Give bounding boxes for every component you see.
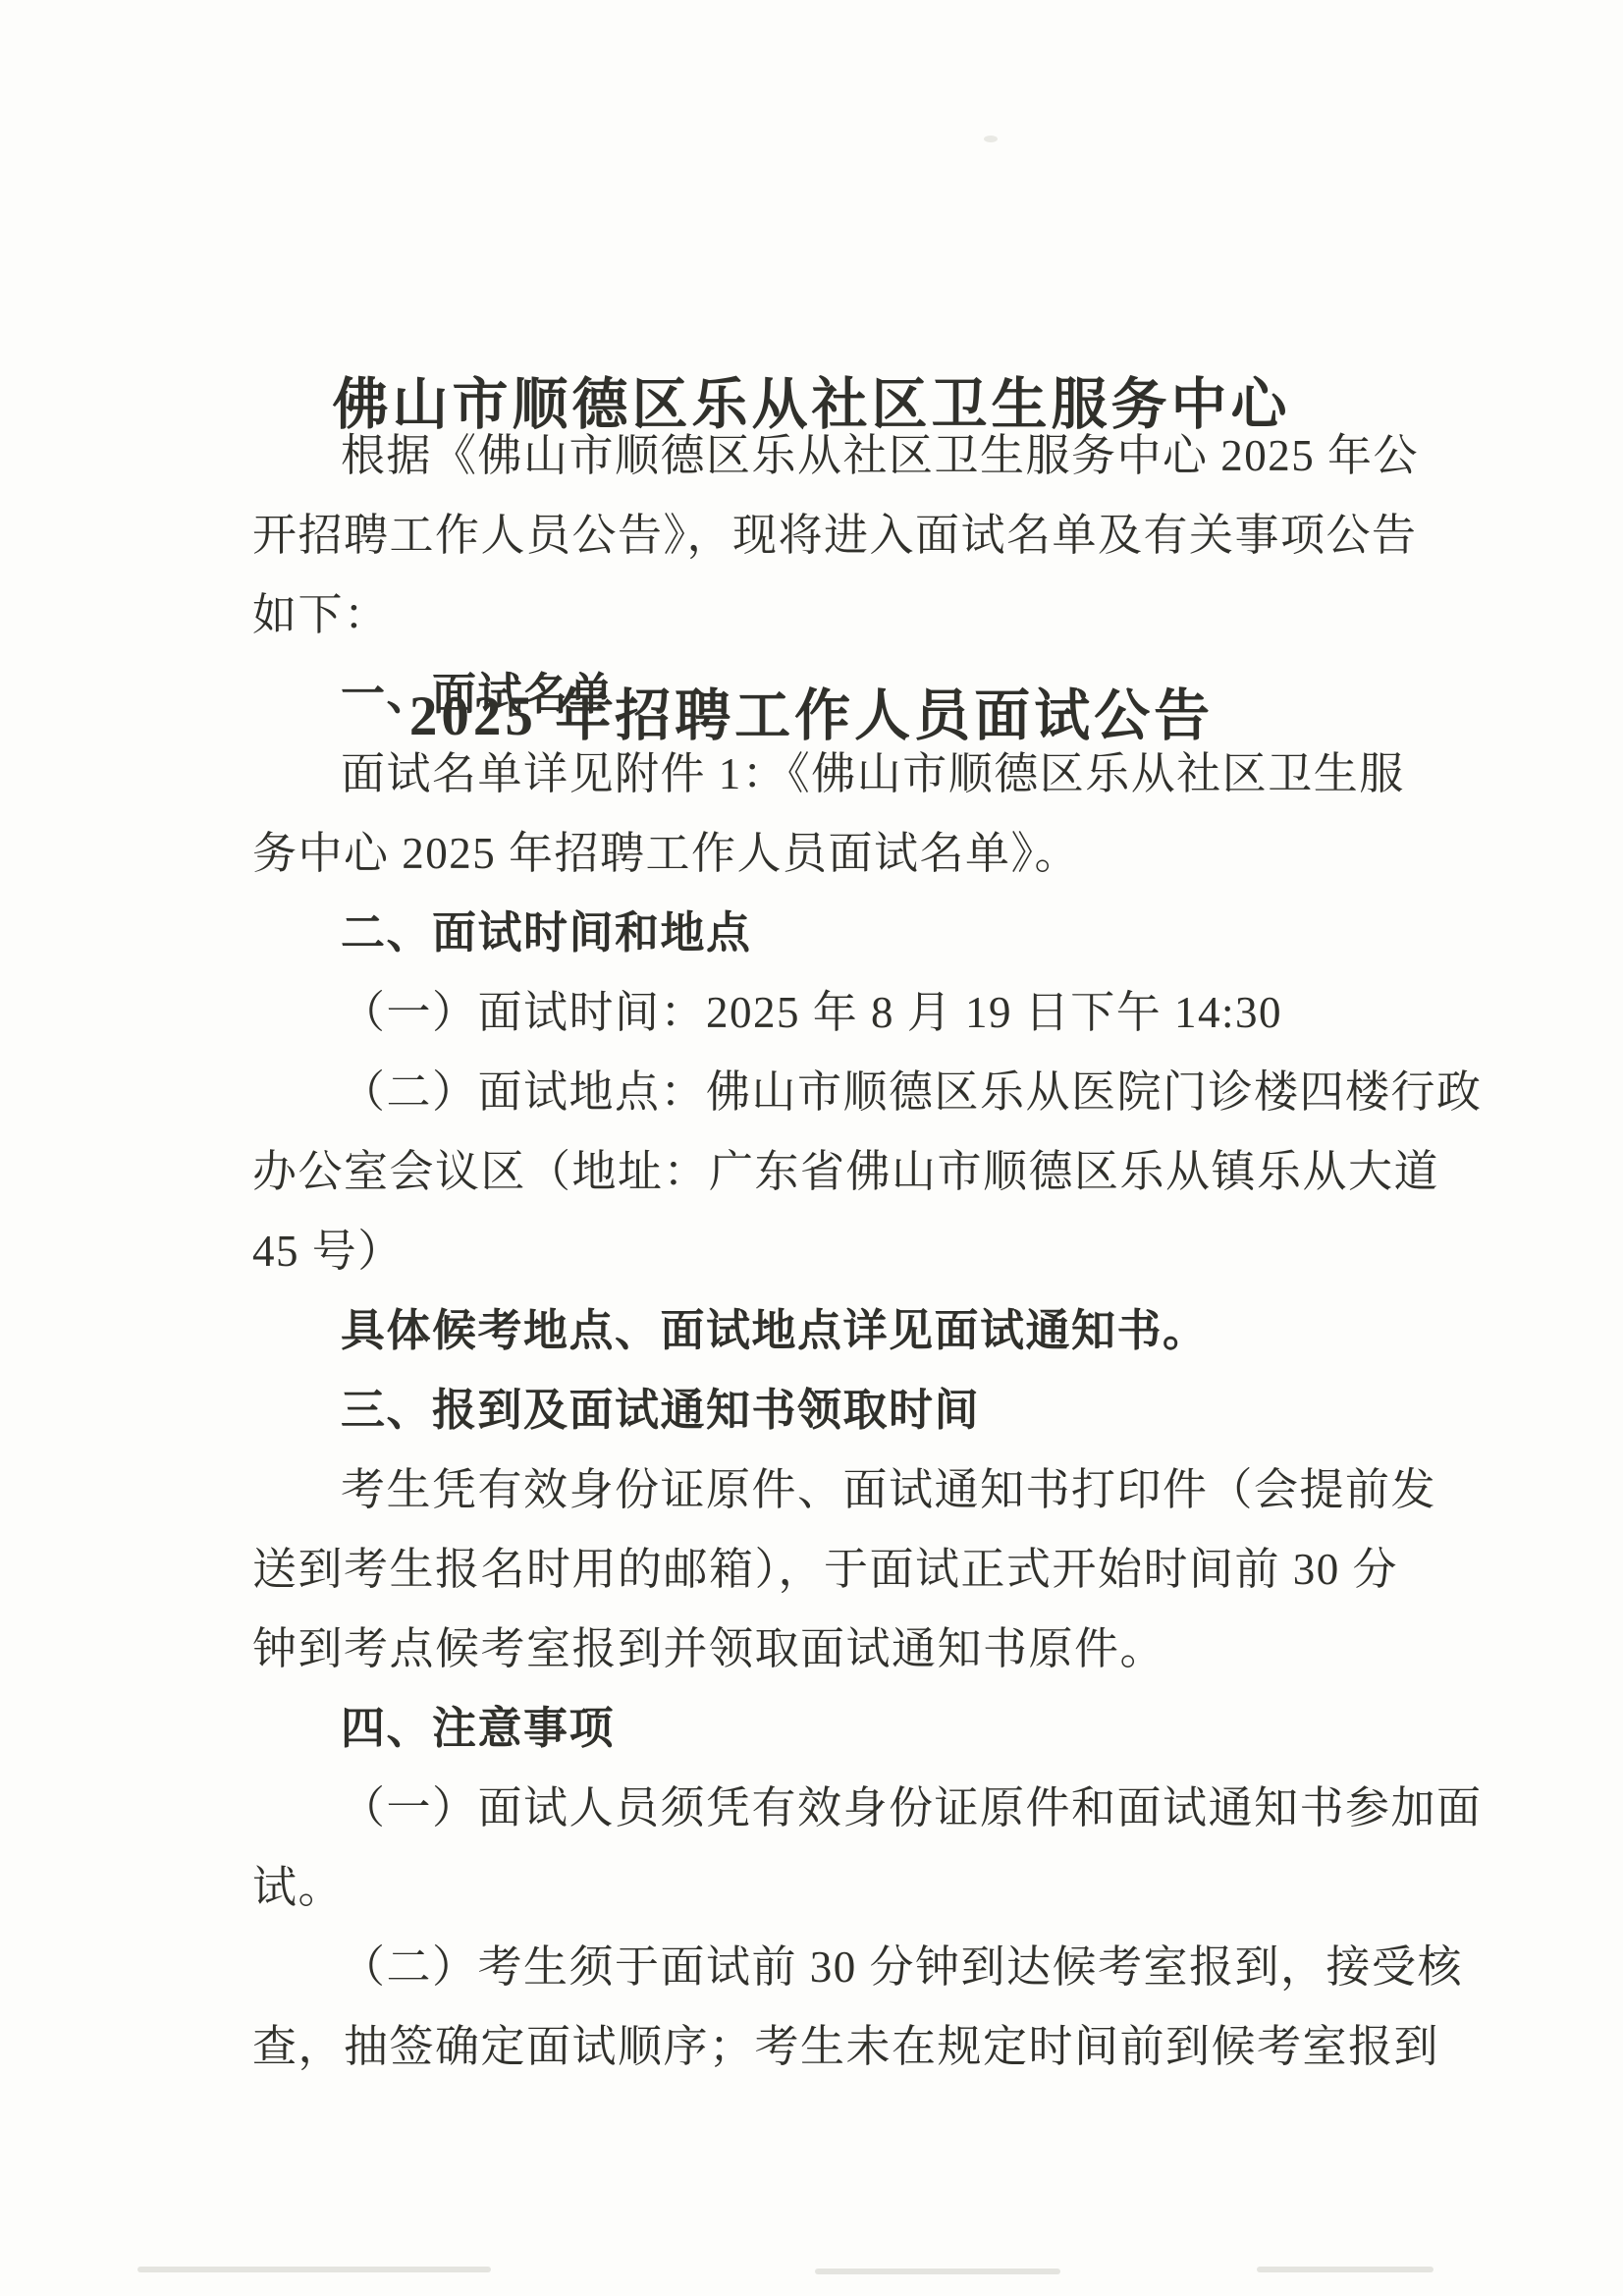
section-4-heading: 四、注意事项 [252, 1689, 1445, 1769]
location-note-line: 具体候考地点、面试地点详见面试通知书。 [252, 1291, 1445, 1371]
document-title-line-1: 佛山市顺德区乐从社区卫生服务中心 [0, 348, 1623, 427]
section-2-heading: 二、面试时间和地点 [252, 894, 1445, 973]
section-3-paragraph-line: 钟到考点候考室报到并领取面试通知书原件。 [252, 1610, 1445, 1689]
scanned-announcement-page: 佛山市顺德区乐从社区卫生服务中心 2025 年招聘工作人员面试公告 根据《佛山市… [0, 0, 1623, 2296]
intro-paragraph-line: 根据《佛山市顺德区乐从社区卫生服务中心 2025 年公 [252, 416, 1445, 496]
interview-time-line: （一）面试时间：2025 年 8 月 19 日下午 14:30 [252, 973, 1445, 1053]
scan-smudge-artifact [1257, 2267, 1434, 2272]
notice-item-2-line: 查，抽签确定面试顺序；考生未在规定时间前到候考室报到 [252, 2007, 1445, 2087]
scan-speck-artifact [984, 136, 998, 142]
section-3-heading: 三、报到及面试通知书领取时间 [252, 1371, 1445, 1450]
interview-location-line: 45 号） [252, 1212, 1445, 1291]
document-body: 根据《佛山市顺德区乐从社区卫生服务中心 2025 年公 开招聘工作人员公告》，现… [252, 416, 1445, 2087]
notice-item-2-line: （二）考生须于面试前 30 分钟到达候考室报到，接受核 [252, 1928, 1445, 2007]
intro-paragraph-line: 如下： [252, 575, 1445, 655]
section-1-paragraph-line: 面试名单详见附件 1：《佛山市顺德区乐从社区卫生服 [252, 735, 1445, 814]
scan-smudge-artifact [815, 2269, 1060, 2274]
interview-location-line: 办公室会议区（地址：广东省佛山市顺德区乐从镇乐从大道 [252, 1132, 1445, 1212]
scan-smudge-artifact [137, 2267, 491, 2272]
section-3-paragraph-line: 考生凭有效身份证原件、面试通知书打印件（会提前发 [252, 1450, 1445, 1530]
section-1-paragraph-line: 务中心 2025 年招聘工作人员面试名单》。 [252, 814, 1445, 894]
section-1-heading: 一、面试名单 [252, 655, 1445, 735]
notice-item-1-line: 试。 [252, 1848, 1445, 1928]
section-3-paragraph-line: 送到考生报名时用的邮箱），于面试正式开始时间前 30 分 [252, 1530, 1445, 1610]
intro-paragraph-line: 开招聘工作人员公告》，现将进入面试名单及有关事项公告 [252, 496, 1445, 575]
notice-item-1-line: （一）面试人员须凭有效身份证原件和面试通知书参加面 [252, 1769, 1445, 1848]
interview-location-line: （二）面试地点：佛山市顺德区乐从医院门诊楼四楼行政 [252, 1053, 1445, 1132]
